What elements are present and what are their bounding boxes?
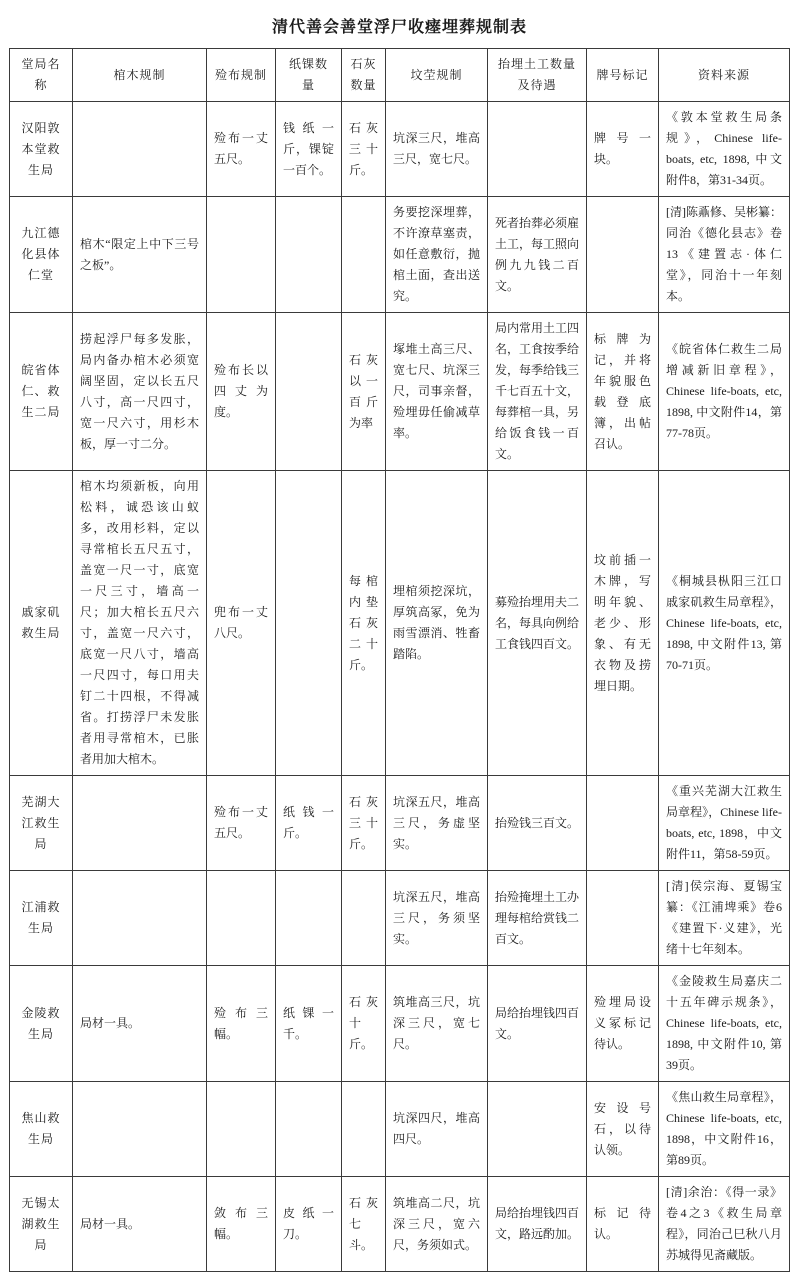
cell-paper-money: 纸钱一斤。 <box>276 776 342 871</box>
cell-laborers: 死者抬葬必须雇土工，每工照向例九九钱二百文。 <box>488 197 587 313</box>
cell-shroud: 殓布一丈五尺。 <box>207 102 276 197</box>
cell-source: 《焦山救生局章程》，Chinese life-boats, etc, 1898，… <box>659 1082 790 1177</box>
cell-hall-name: 江浦救生局 <box>10 871 73 966</box>
cell-grave: 务要挖深埋葬，不许潦草塞责，如任意敷衍，抛棺土面，查出送究。 <box>386 197 488 313</box>
table-row: 皖省体仁、救生二局 捞起浮尸每多发胀，局内备办棺木必须宽阔坚固，定以长五尺八寸，… <box>10 313 790 471</box>
document-page: 清代善会善堂浮尸收瘗埋葬规制表 堂局名称 棺木规制 殓布规制 纸锞数量 石灰数量… <box>0 0 799 1278</box>
col-header-source: 资料来源 <box>659 49 790 102</box>
cell-laborers: 局给抬埋钱四百文，路远酌加。 <box>488 1177 587 1272</box>
cell-grave: 埋棺须挖深坑，厚筑高冢，免为雨雪漂消、牲畜踏陷。 <box>386 471 488 776</box>
cell-grave: 坑深五尺，堆高三尺，务虚坚实。 <box>386 776 488 871</box>
cell-laborers: 局内常用土工四名，工食按季给发，每季给钱三千七百五十文，每葬棺一具，另给饭食钱一… <box>488 313 587 471</box>
cell-paper-money <box>276 197 342 313</box>
cell-source: [清]侯宗海、夏锡宝纂：《江浦埤乘》卷6《建置下·义建》，光绪十七年刻本。 <box>659 871 790 966</box>
cell-marker: 安设号石，以待认领。 <box>587 1082 659 1177</box>
cell-shroud: 殓布三幅。 <box>207 966 276 1082</box>
cell-hall-name: 九江德化县体仁堂 <box>10 197 73 313</box>
cell-coffin <box>73 871 207 966</box>
cell-source: 《重兴芜湖大江救生局章程》，Chinese life-boats, etc, 1… <box>659 776 790 871</box>
cell-coffin <box>73 1082 207 1177</box>
cell-hall-name: 芜湖大江救生局 <box>10 776 73 871</box>
col-header-hall-name: 堂局名称 <box>10 49 73 102</box>
cell-marker <box>587 871 659 966</box>
cell-source: 《桐城县枞阳三江口戚家矶救生局章程》，Chinese life-boats, e… <box>659 471 790 776</box>
cell-lime: 石灰十斤。 <box>342 966 386 1082</box>
regulation-table: 堂局名称 棺木规制 殓布规制 纸锞数量 石灰数量 坟茔规制 抬埋土工数量及待遇 … <box>9 48 790 1272</box>
cell-lime: 石灰七斗。 <box>342 1177 386 1272</box>
cell-laborers: 抬殓掩埋土工办理每棺给赏钱二百文。 <box>488 871 587 966</box>
cell-hall-name: 皖省体仁、救生二局 <box>10 313 73 471</box>
cell-laborers: 局给抬埋钱四百文。 <box>488 966 587 1082</box>
cell-paper-money: 纸锞一千。 <box>276 966 342 1082</box>
table-row: 芜湖大江救生局 殓布一丈五尺。 纸钱一斤。 石灰三十斤。 坑深五尺，堆高三尺，务… <box>10 776 790 871</box>
cell-laborers: 募殓抬埋用夫二名，每具向例给工食钱四百文。 <box>488 471 587 776</box>
cell-paper-money <box>276 1082 342 1177</box>
col-header-laborer-pay: 抬埋土工数量及待遇 <box>488 49 587 102</box>
cell-shroud: 殓布长以四丈为度。 <box>207 313 276 471</box>
cell-paper-money <box>276 471 342 776</box>
col-header-paper-money-quantity: 纸锞数量 <box>276 49 342 102</box>
cell-paper-money <box>276 871 342 966</box>
cell-lime: 每棺内垫石灰二十斤。 <box>342 471 386 776</box>
cell-paper-money: 皮纸一刀。 <box>276 1177 342 1272</box>
cell-shroud <box>207 1082 276 1177</box>
cell-grave: 坑深三尺，堆高三尺，宽七尺。 <box>386 102 488 197</box>
col-header-grave-regulation: 坟茔规制 <box>386 49 488 102</box>
cell-coffin: 局材一具。 <box>73 1177 207 1272</box>
cell-source: 《金陵救生局嘉庆二十五年碑示规条》，Chinese life-boats, et… <box>659 966 790 1082</box>
cell-lime: 石灰以一百斤为率 <box>342 313 386 471</box>
table-row: 金陵救生局 局材一具。 殓布三幅。 纸锞一千。 石灰十斤。 筑堆高三尺，坑深三尺… <box>10 966 790 1082</box>
cell-lime: 石灰三十斤。 <box>342 776 386 871</box>
table-row: 戚家矶救生局 棺木均须新板，向用松料，诚恐该山蚁多，改用杉料，定以寻常棺长五尺五… <box>10 471 790 776</box>
col-header-coffin-regulation: 棺木规制 <box>73 49 207 102</box>
cell-laborers: 抬殓钱三百文。 <box>488 776 587 871</box>
cell-shroud: 殓布一丈五尺。 <box>207 776 276 871</box>
cell-coffin: 棺木均须新板，向用松料，诚恐该山蚁多，改用杉料，定以寻常棺长五尺五寸，盖宽一尺一… <box>73 471 207 776</box>
cell-coffin <box>73 102 207 197</box>
cell-hall-name: 金陵救生局 <box>10 966 73 1082</box>
cell-source: 《敦本堂救生局条规》，Chinese life-boats, etc, 1898… <box>659 102 790 197</box>
cell-lime <box>342 871 386 966</box>
cell-grave: 坑深五尺，堆高三尺，务须坚实。 <box>386 871 488 966</box>
cell-laborers <box>488 102 587 197</box>
cell-source: 《皖省体仁救生二局增减新旧章程》，Chinese life-boats, etc… <box>659 313 790 471</box>
cell-hall-name: 焦山救生局 <box>10 1082 73 1177</box>
cell-shroud <box>207 197 276 313</box>
col-header-shroud-regulation: 殓布规制 <box>207 49 276 102</box>
cell-shroud <box>207 871 276 966</box>
cell-paper-money <box>276 313 342 471</box>
cell-grave: 筑堆高二尺，坑深三尺，宽六尺，务须如式。 <box>386 1177 488 1272</box>
cell-grave: 筑堆高三尺，坑深三尺，宽七尺。 <box>386 966 488 1082</box>
cell-marker <box>587 197 659 313</box>
page-title: 清代善会善堂浮尸收瘗埋葬规制表 <box>9 10 790 48</box>
col-header-marker: 牌号标记 <box>587 49 659 102</box>
cell-marker: 标牌为记，并将年貌服色载登底簿，出帖召认。 <box>587 313 659 471</box>
header-row: 堂局名称 棺木规制 殓布规制 纸锞数量 石灰数量 坟茔规制 抬埋土工数量及待遇 … <box>10 49 790 102</box>
cell-marker: 殓埋局设义冢标记待认。 <box>587 966 659 1082</box>
cell-marker: 牌号一块。 <box>587 102 659 197</box>
cell-grave: 塚堆土高三尺、宽七尺、坑深三尺，司事亲督，殓埋毋任偷减草率。 <box>386 313 488 471</box>
cell-coffin: 棺木“限定上中下三号之板”。 <box>73 197 207 313</box>
cell-lime: 石灰三十斤。 <box>342 102 386 197</box>
table-row: 江浦救生局 坑深五尺，堆高三尺，务须坚实。 抬殓掩埋土工办理每棺给赏钱二百文。 … <box>10 871 790 966</box>
cell-shroud: 兜布一丈八尺。 <box>207 471 276 776</box>
cell-coffin <box>73 776 207 871</box>
cell-marker <box>587 776 659 871</box>
table-row: 无锡太湖救生局 局材一具。 敛布三幅。 皮纸一刀。 石灰七斗。 筑堆高二尺，坑深… <box>10 1177 790 1272</box>
cell-laborers <box>488 1082 587 1177</box>
cell-coffin: 捞起浮尸每多发胀，局内备办棺木必须宽阔坚固，定以长五尺八寸，高一尺四寸，宽一尺六… <box>73 313 207 471</box>
cell-grave: 坑深四尺，堆高四尺。 <box>386 1082 488 1177</box>
cell-hall-name: 戚家矶救生局 <box>10 471 73 776</box>
cell-source: [清]余治：《得一录》卷4之3《救生局章程》，同治己巳秋八月苏城得见斋藏版。 <box>659 1177 790 1272</box>
table-row: 汉阳敦本堂救生局 殓布一丈五尺。 钱纸一斤，锞锭一百个。 石灰三十斤。 坑深三尺… <box>10 102 790 197</box>
cell-marker: 标记待认。 <box>587 1177 659 1272</box>
cell-hall-name: 汉阳敦本堂救生局 <box>10 102 73 197</box>
cell-paper-money: 钱纸一斤，锞锭一百个。 <box>276 102 342 197</box>
cell-source: [清]陈鼒修、吴彬纂：同治《德化县志》卷13《建置志·体仁堂》，同治十一年刻本。 <box>659 197 790 313</box>
col-header-lime-quantity: 石灰数量 <box>342 49 386 102</box>
cell-lime <box>342 197 386 313</box>
cell-hall-name: 无锡太湖救生局 <box>10 1177 73 1272</box>
table-row: 九江德化县体仁堂 棺木“限定上中下三号之板”。 务要挖深埋葬，不许潦草塞责，如任… <box>10 197 790 313</box>
cell-shroud: 敛布三幅。 <box>207 1177 276 1272</box>
cell-coffin: 局材一具。 <box>73 966 207 1082</box>
cell-marker: 坟前插一木牌，写明年貌、老少、形象、有无衣物及捞埋日期。 <box>587 471 659 776</box>
table-row: 焦山救生局 坑深四尺，堆高四尺。 安设号石，以待认领。 《焦山救生局章程》，Ch… <box>10 1082 790 1177</box>
cell-lime <box>342 1082 386 1177</box>
